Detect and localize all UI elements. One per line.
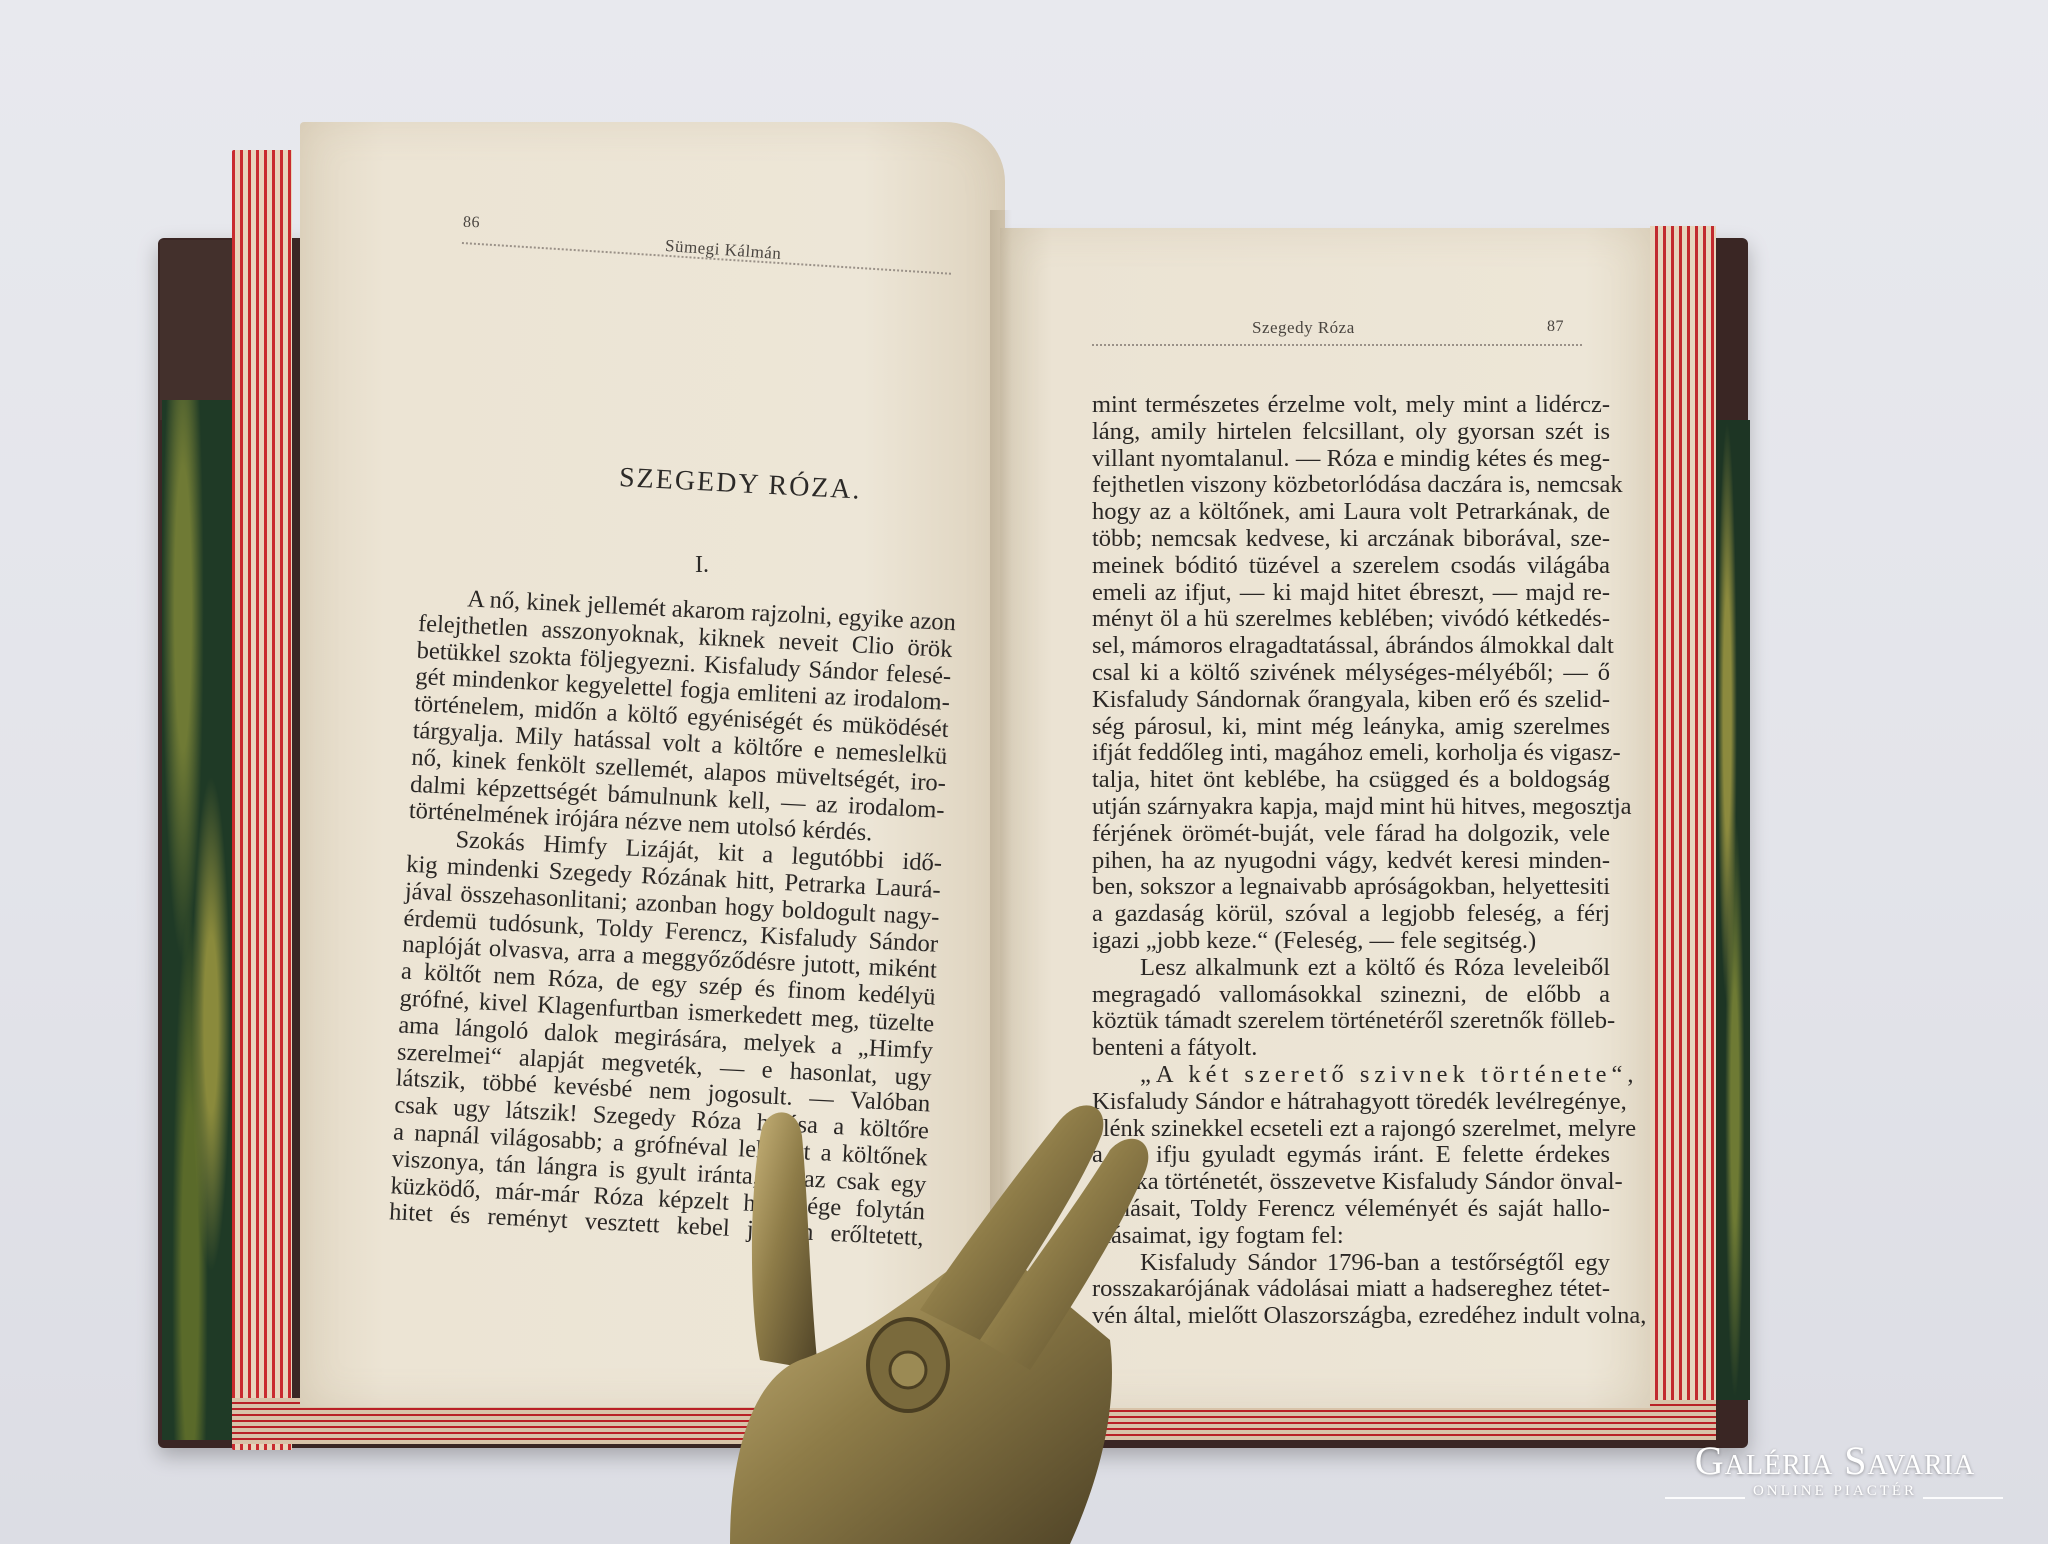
text-line: Kisfaludy Sándornak őrangyala, kiben erő… [1092,687,1610,714]
text-line: talja, hitet önt keblébe, ha csügged és … [1092,767,1610,794]
section-number: I. [695,552,709,579]
page-edges-left [232,150,292,1450]
text-line: hogy az a költőnek, ami Laura volt Petra… [1092,499,1610,526]
marbled-endpaper-left [162,400,232,1440]
text-line: láng, amily hirtelen felcsillant, oly gy… [1092,419,1610,446]
text-line: ség párosul, ki, mint még leányka, amig … [1092,714,1610,741]
text-line: Kisfaludy Sándor 1796-ban a testőrségtől… [1092,1250,1610,1277]
left-page-number: 86 [463,214,481,233]
text-line: köztük támadt szerelem történetéről szer… [1092,1008,1610,1035]
text-line: ményt öl a hü szerelmes keblében; vivódó… [1092,606,1610,633]
text-line: utján szárnyakra kapja, majd mint hü hit… [1092,794,1610,821]
text-line: benteni a fátyolt. [1092,1035,1610,1062]
text-line: több; nemcsak kedvese, ki arczának bibor… [1092,526,1610,553]
text-line: mint természetes érzelme volt, mely mint… [1092,392,1610,419]
text-line: a gazdaság körül, szóval a legjobb feles… [1092,901,1610,928]
cover-corner [160,240,240,420]
text-line: sel, mámoros elragadtatással, ábrándos á… [1092,633,1610,660]
text-line: igazi „jobb keze.“ (Feleség, — fele segi… [1092,928,1610,955]
text-line: megragadó vallomásokkal szinezni, de elő… [1092,982,1610,1009]
text-line: élénk szinekkel ecseteli ezt a rajongó s… [1092,1116,1610,1143]
watermark-subtitle: ONLINE PIACTÉR [1743,1483,1927,1500]
text-line: Kisfaludy Sándor e hátrahagyott töredék … [1092,1089,1610,1116]
text-line: pihen, ha az nyugodni vágy, kedvét keres… [1092,848,1610,875]
right-page-body: mint természetes érzelme volt, mely mint… [1092,392,1610,1330]
book-photo: 86 Sümegi Kálmán SZEGEDY RÓZA. I. A nő, … [0,0,2048,1544]
text-line: másaimat, igy fogtam fel: [1092,1223,1610,1250]
watermark-logo: Galéria Savaria ONLINE PIACTÉR [1655,1440,2015,1500]
text-line: a két ifju gyuladt egymás iránt. E felet… [1092,1142,1610,1169]
text-line: ben, sokszor a legnaivabb apróságokban, … [1092,874,1610,901]
text-line: meinek bóditó tüzével a szerelem csodás … [1092,553,1610,580]
text-line: csal ki a költő szivének mélységes-mélyé… [1092,660,1610,687]
text-line: fejthetlen viszony közbetorlódása daczár… [1092,472,1610,499]
watermark-rule-right [1923,1497,2003,1499]
text-line: villant nyomtalanul. — Róza e mindig két… [1092,446,1610,473]
text-line: férjének örömét-buját, vele fárad ha dol… [1092,821,1610,848]
text-line: Lesz alkalmunk ezt a költő és Róza level… [1092,955,1610,982]
right-page-number: 87 [1547,318,1564,336]
text-line: ifját feddőleg inti, magához emeli, korh… [1092,740,1610,767]
watermark-rule-left [1665,1497,1745,1499]
page-edges-right [1650,226,1716,1438]
watermark-title: Galéria Savaria [1655,1440,2015,1482]
right-header-rule [1092,344,1582,346]
text-line: vén által, mielőtt Olaszországba, ezredé… [1092,1303,1610,1330]
text-line: „A két szerető szivnek története“, [1092,1062,1610,1089]
text-line: rosszakarójának vádolásai miatt a hadser… [1092,1276,1610,1303]
text-line: lomásait, Toldy Ferencz véleményét és sa… [1092,1196,1610,1223]
marbled-endpaper-right [1712,420,1750,1400]
brass-hand-icon [690,1040,1160,1544]
text-line: munka történetét, összevetve Kisfaludy S… [1092,1169,1610,1196]
text-line: emeli az ifjut, — ki majd hitet ébreszt,… [1092,580,1610,607]
right-running-head: Szegedy Róza [1252,318,1355,338]
